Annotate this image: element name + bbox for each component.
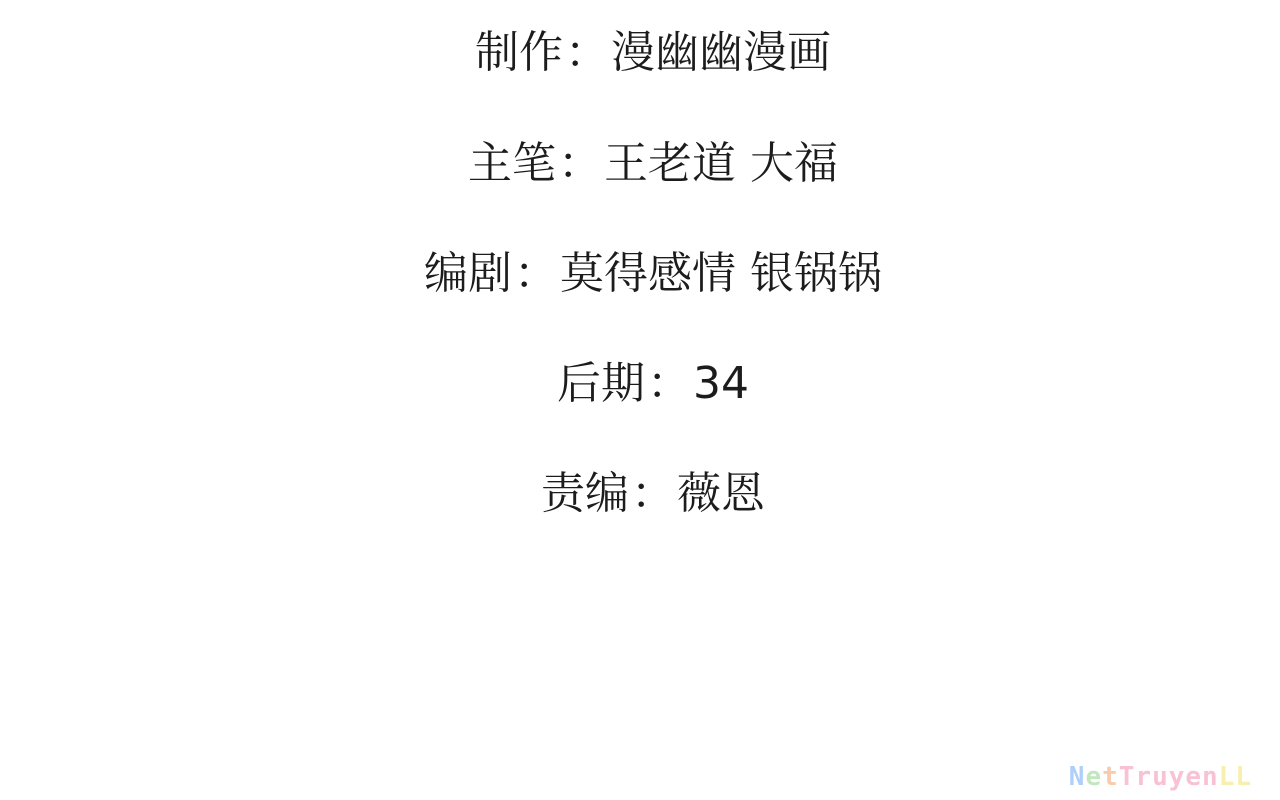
watermark-part: LL [1219, 762, 1252, 792]
credit-lead-artist: 主笔：王老道 大福 [13, 136, 1280, 192]
credit-separator: ： [558, 138, 602, 189]
credit-separator: ： [631, 468, 675, 519]
credit-role: 责编 [541, 468, 629, 519]
credit-role: 主笔 [468, 138, 556, 189]
site-watermark: NetTruyenLL [1069, 762, 1252, 792]
credit-name: 漫幽幽漫画 [611, 27, 831, 78]
credit-role: 制作 [475, 27, 563, 78]
credit-name: 莫得感情 银锅锅 [560, 248, 882, 299]
credit-scriptwriter: 编剧：莫得感情 银锅锅 [13, 246, 1280, 302]
credit-post-production: 后期：34 [13, 356, 1280, 412]
credit-separator: ： [514, 248, 558, 299]
watermark-part: N [1069, 762, 1086, 792]
credit-separator: ： [565, 27, 609, 78]
watermark-part: e [1085, 762, 1102, 792]
credit-editor: 责编：薇恩 [13, 466, 1280, 522]
credit-production: 制作：漫幽幽漫画 [13, 25, 1280, 81]
credit-name: 薇恩 [677, 468, 765, 519]
credit-name: 34 [693, 358, 749, 409]
credit-separator: ： [647, 358, 691, 409]
watermark-part: t [1102, 762, 1119, 792]
comic-credits-page: 制作：漫幽幽漫画 主笔：王老道 大福 编剧：莫得感情 银锅锅 后期：34 责编：… [0, 0, 1280, 800]
credit-role: 编剧 [424, 248, 512, 299]
credit-name: 王老道 大福 [604, 138, 838, 189]
watermark-part: Truyen [1119, 762, 1219, 792]
credit-role: 后期 [557, 358, 645, 409]
